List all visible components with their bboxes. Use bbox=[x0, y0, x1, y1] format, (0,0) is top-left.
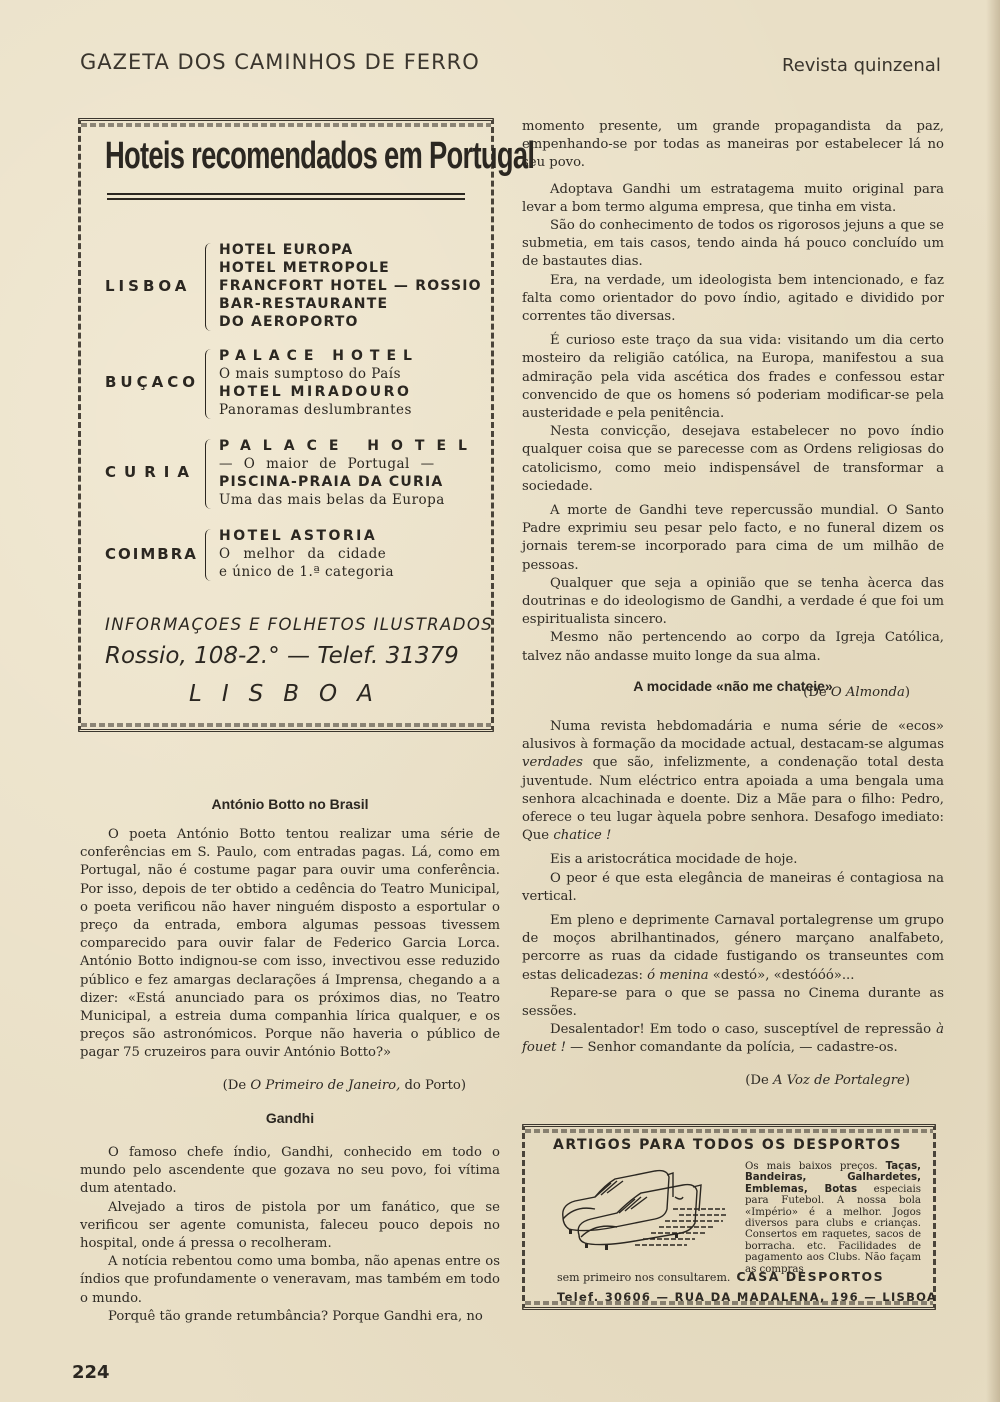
brace-icon bbox=[205, 439, 213, 509]
article-paragraph: O peor é que esta elegância de maneiras … bbox=[522, 870, 944, 906]
article-mocidade: A mocidade «não me chateie» Numa revista… bbox=[522, 678, 944, 1090]
brace-icon bbox=[205, 349, 213, 419]
sports-ad-description: Os mais baixos preços. Taças, Bandeiras,… bbox=[745, 1161, 921, 1275]
article-paragraph: Era, na verdade, um ideologista bem inte… bbox=[522, 272, 944, 327]
hotel-list: PALACE HOTEL — O maior de Portugal — PIS… bbox=[219, 437, 479, 509]
article-paragraph: O poeta António Botto tentou realizar um… bbox=[80, 826, 500, 1063]
hotel-list: HOTEL EUROPA HOTEL METROPOLE FRANCFORT H… bbox=[219, 241, 482, 331]
sports-advertisement: ARTIGOS PARA TODOS OS DESPORTOS bbox=[522, 1124, 936, 1310]
publication-subtitle: Revista quinzenal bbox=[782, 55, 941, 76]
hotel-ad-title: Hoteis recomendados em Portugal bbox=[105, 135, 508, 178]
article-paragraph: O famoso chefe índio, Gandhi, conhecido … bbox=[80, 1144, 500, 1199]
hotel-line: BAR-RESTAURANTE bbox=[219, 295, 482, 313]
hotel-list: PALACE HOTEL O mais sumptoso do País HOT… bbox=[219, 347, 419, 419]
hotel-line: HOTEL METROPOLE bbox=[219, 259, 482, 277]
hotel-line: — O maior de Portugal — bbox=[219, 455, 479, 473]
magazine-page: GAZETA DOS CAMINHOS DE FERRO Revista qui… bbox=[0, 0, 1000, 1402]
article-paragraph: Mesmo não pertencendo ao corpo da Igreja… bbox=[522, 629, 944, 665]
article-source: (De O Primeiro de Janeiro, do Porto) bbox=[80, 1077, 500, 1095]
article-title: A mocidade «não me chateie» bbox=[522, 678, 944, 694]
city-name: CURIA bbox=[105, 463, 197, 481]
article-title: António Botto no Brasil bbox=[80, 796, 500, 812]
article-gandhi-continued: momento presente, um grande propagandist… bbox=[522, 118, 944, 702]
brand-name: CASA DESPORTOS bbox=[736, 1269, 884, 1284]
hotel-line: e único de 1.ª categoria bbox=[219, 563, 394, 581]
double-rule bbox=[107, 193, 465, 200]
article-botto: António Botto no Brasil O poeta António … bbox=[80, 796, 500, 1095]
hotel-line: PALACE HOTEL bbox=[219, 347, 419, 365]
hotel-line: HOTEL ASTORIA bbox=[219, 527, 394, 545]
source-name: O Primeiro de Janeiro, bbox=[250, 1078, 400, 1093]
article-paragraph: Qualquer que seja a opinião que se tenha… bbox=[522, 575, 944, 630]
article-paragraph: É curioso este traço da sua vida: visita… bbox=[522, 332, 944, 423]
city-name: BUÇACO bbox=[105, 373, 199, 391]
hotel-line: HOTEL EUROPA bbox=[219, 241, 482, 259]
article-title: Gandhi bbox=[80, 1110, 500, 1126]
brace-icon bbox=[205, 243, 213, 331]
hotel-line: Uma das mais belas da Europa bbox=[219, 491, 479, 509]
football-boots-icon bbox=[555, 1157, 731, 1253]
hotel-line: O melhor da cidade bbox=[219, 545, 394, 563]
article-paragraph: Adoptava Gandhi um estratagema muito ori… bbox=[522, 181, 944, 217]
article-source: (De A Voz de Portalegre) bbox=[522, 1072, 944, 1090]
article-paragraph: Numa revista hebdomadária e numa série d… bbox=[522, 718, 944, 845]
source-name: A Voz de Portalegre bbox=[773, 1073, 905, 1088]
article-gandhi-start: Gandhi O famoso chefe índio, Gandhi, con… bbox=[80, 1110, 500, 1326]
brace-icon bbox=[205, 529, 213, 581]
article-paragraph: Repare-se para o que se passa no Cinema … bbox=[522, 985, 944, 1021]
article-paragraph: Desalentador! Em todo o caso, susceptíve… bbox=[522, 1021, 944, 1057]
sports-ad-cta: sem primeiro nos consultarem.CASA DESPOR… bbox=[557, 1269, 884, 1284]
hotel-line: DO AEROPORTO bbox=[219, 313, 482, 331]
city-name: COIMBRA bbox=[105, 545, 198, 563]
page-number: 224 bbox=[72, 1362, 110, 1383]
article-paragraph: Alvejado a tiros de pistola por um fanát… bbox=[80, 1199, 500, 1254]
sports-ad-contact: Telef. 30606 — RUA DA MADALENA, 196 — LI… bbox=[557, 1290, 937, 1304]
article-paragraph: Porquê tão grande retumbância? Porque Ga… bbox=[80, 1308, 500, 1326]
publication-title: GAZETA DOS CAMINHOS DE FERRO bbox=[80, 50, 480, 74]
city-name: LISBOA bbox=[105, 277, 190, 295]
article-paragraph: Nesta convicção, desejava estabelecer no… bbox=[522, 423, 944, 496]
hotel-line: HOTEL MIRADOURO bbox=[219, 383, 419, 401]
hotel-advertisement: Hoteis recomendados em Portugal LISBOA H… bbox=[78, 118, 494, 732]
article-paragraph: A morte de Gandhi teve repercussão mundi… bbox=[522, 502, 944, 575]
city-line: LISBOA bbox=[189, 681, 393, 707]
hotel-line: PISCINA-PRAIA DA CURIA bbox=[219, 473, 479, 491]
hotel-list: HOTEL ASTORIA O melhor da cidade e único… bbox=[219, 527, 394, 581]
hotel-line: PALACE HOTEL bbox=[219, 437, 479, 455]
hotel-line: FRANCFORT HOTEL — ROSSIO bbox=[219, 277, 482, 295]
sports-ad-title: ARTIGOS PARA TODOS OS DESPORTOS bbox=[553, 1137, 902, 1153]
article-paragraph: momento presente, um grande propagandist… bbox=[522, 118, 944, 173]
address-line: Rossio, 108-2.° — Telef. 31379 bbox=[105, 643, 459, 669]
page-edge-shadow bbox=[986, 0, 1000, 1402]
hotel-line: O mais sumptoso do País bbox=[219, 365, 419, 383]
article-paragraph: A notícia rebentou como uma bomba, não a… bbox=[80, 1253, 500, 1308]
article-paragraph: Eis a aristocrática mocidade de hoje. bbox=[522, 851, 944, 869]
info-line: INFORMAÇOES E FOLHETOS ILUSTRADOS bbox=[105, 615, 493, 634]
hotel-line: Panoramas deslumbrantes bbox=[219, 401, 419, 419]
article-paragraph: Em pleno e deprimente Carnaval portalegr… bbox=[522, 912, 944, 985]
article-paragraph: São do conhecimento de todos os rigoroso… bbox=[522, 217, 944, 272]
